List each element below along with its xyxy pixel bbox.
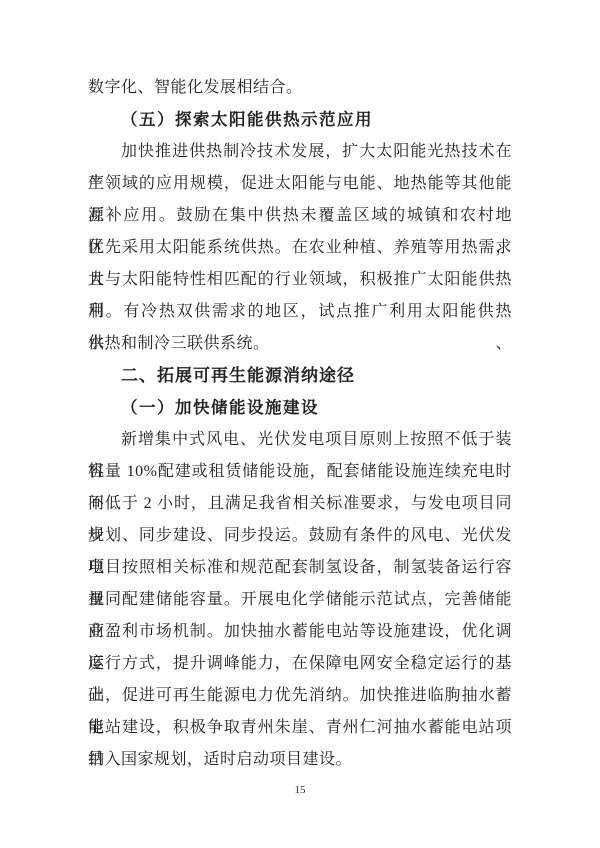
paragraph-line: 视同配建储能容量。开展电化学储能示范试点，完善储能商 bbox=[88, 584, 512, 616]
paragraph-line: 容量 10%配建或租赁储能设施，配套储能设施连续充电时间 bbox=[88, 456, 512, 488]
paragraph-line: 项目按照相关标准和规范配套制氢设备，制氢装备运行容量 bbox=[88, 552, 512, 584]
paragraph-line: 电站建设，积极争取青州朱崖、青州仁河抽水蓄能电站项目 bbox=[88, 712, 512, 744]
paragraph-line: 用。有冷热双供需求的地区，试点推广利用太阳能供热水、 bbox=[88, 296, 512, 328]
document-body: 数字化、智能化发展相结合。 （五）探索太阳能供热示范应用 加快推进供热制冷技术发… bbox=[88, 72, 512, 776]
paragraph-line: 且与太阳能特性相匹配的行业领域，积极推广太阳能供热利 bbox=[88, 264, 512, 296]
subsection-heading-5: （五）探索太阳能供热示范应用 bbox=[88, 104, 512, 136]
paragraph-line: 纳入国家规划，适时启动项目建设。 bbox=[88, 744, 512, 776]
section-heading-2: 二、拓展可再生能源消纳途径 bbox=[88, 360, 512, 392]
paragraph-line: 不低于 2 小时，且满足我省相关标准要求，与发电项目同步 bbox=[88, 488, 512, 520]
paragraph-line: 加快推进供热制冷技术发展，扩大太阳能光热技术在生 bbox=[88, 136, 512, 168]
paragraph-line: 上，促进可再生能源电力优先消纳。加快推进临朐抽水蓄能 bbox=[88, 680, 512, 712]
page-number: 15 bbox=[0, 783, 600, 797]
subsection-heading-1: （一）加快储能设施建设 bbox=[88, 392, 512, 424]
paragraph-line: 运行方式，提升调峰能力，在保障电网安全稳定运行的基础 bbox=[88, 648, 512, 680]
paragraph-line: 新增集中式风电、光伏发电项目原则上按照不低于装机 bbox=[88, 424, 512, 456]
paragraph-continuation-line: 数字化、智能化发展相结合。 bbox=[88, 72, 512, 104]
paragraph-line: 产领域的应用规模，促进太阳能与电能、地热能等其他能源 bbox=[88, 168, 512, 200]
paragraph-line: 优先采用太阳能系统供热。在农业种植、养殖等用热需求大 bbox=[88, 232, 512, 264]
paragraph-line: 规划、同步建设、同步投运。鼓励有条件的风电、光伏发电 bbox=[88, 520, 512, 552]
paragraph-line: 业盈利市场机制。加快抽水蓄能电站等设施建设，优化调度 bbox=[88, 616, 512, 648]
paragraph-line: 互补应用。鼓励在集中供热未覆盖区域的城镇和农村地区， bbox=[88, 200, 512, 232]
document-page: 数字化、智能化发展相结合。 （五）探索太阳能供热示范应用 加快推进供热制冷技术发… bbox=[0, 0, 600, 848]
